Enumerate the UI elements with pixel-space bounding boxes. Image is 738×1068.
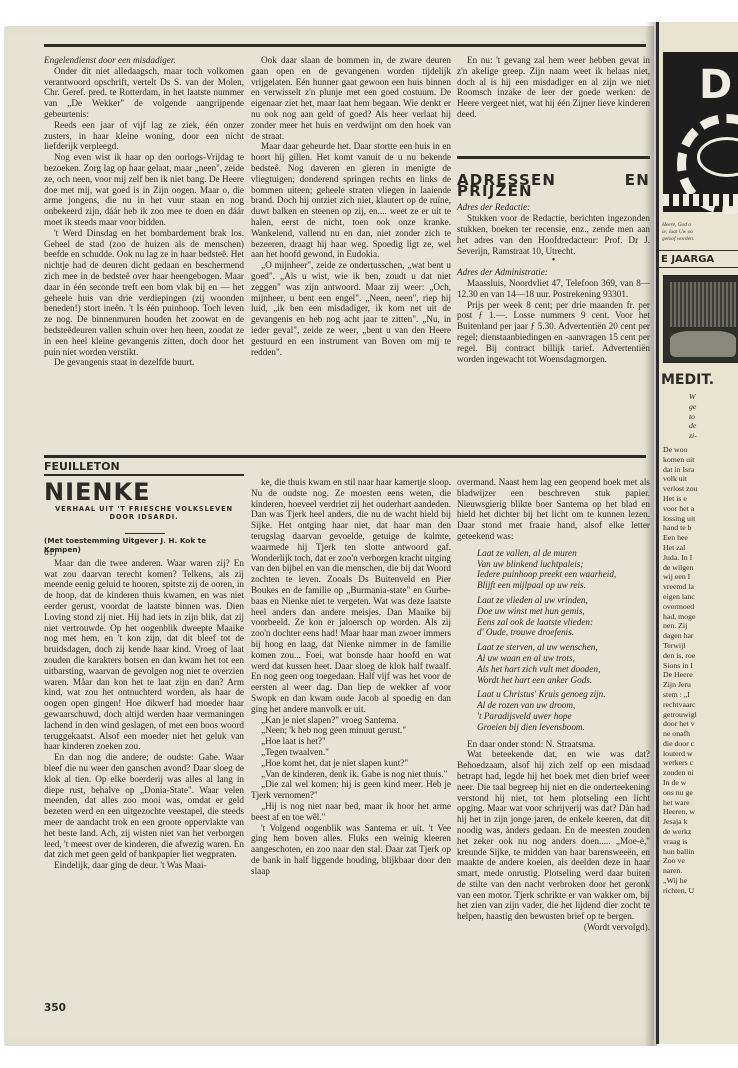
poem-line: Iedere puinhoop preekt een waarheid, [477,569,650,580]
adressen-title: ADRESSEN EN PRIJZEN [457,175,650,197]
installment-number: 61) [44,547,244,558]
feuilleton-subtitle: VERHAAL UIT 'T FRIESCHE VOLKSLEVEN DOOR … [44,505,244,521]
poem-line: 't Paradijsveld uwer hope [477,711,650,722]
meditation-title: MEDIT. [661,372,714,388]
feuilleton-paragraph: „Tegen twaalven." [251,747,451,758]
poem-line: Groeien bij dien levensboom. [477,722,650,733]
meditation-line: lossing uit [663,514,738,524]
feuilleton-paragraph: „Van de kinderen, denk ik. Gabe is nog n… [251,769,451,780]
feuilleton-paragraph: Maar dan die twee anderen. Waar waren zi… [44,558,244,752]
banner-caption: Heere, God o ie; laat Uw oo geloof worde… [662,222,738,243]
meditation-line: overmoed [663,602,738,612]
feuilleton-paragraph: „Hij is nog niet naar bed, maar ik hoor … [251,801,451,823]
meditation-line: In de w [663,778,738,788]
meditation-line: de wilgen [663,563,738,573]
feuilleton-paragraph: „Hoe komt het, dat je niet slapen kunt?" [251,758,451,769]
meditation-line: rechtvaarc [663,700,738,710]
meditation-line: den is, roe [663,651,738,661]
meditation-line: Terwijl [663,641,738,651]
meditation-line: Het zal [663,543,738,553]
article-paragraph: 't Werd Dinsdag en het bombardement brak… [44,228,244,358]
meditation-line: die door c [663,739,738,749]
meditation-line: De woo [663,445,738,455]
feuilleton-paragraph: 't Volgend oogenblik was Santema er uit.… [251,823,451,877]
poem-line: Al uw waan en al uw trots, [477,653,650,664]
meditation-line: het ware [663,798,738,808]
meditation-line: W [663,392,738,402]
meditation-line: richten, U [663,886,738,896]
meditation-line: Een hee [663,533,738,543]
feuilleton-title: NIENKE [44,478,151,506]
article-paragraph: De gevangenis staat in dezelfde buurt. [44,357,244,368]
meditation-line: hand te b [663,523,738,533]
feuilleton-paragraph: „Kan je niet slapen?" vroeg Santema. [251,715,451,726]
feuilleton-paragraph: ke, die thuis kwam en stil naar haar kam… [251,477,451,715]
poem-line: Blijft een mijlpaal op uw reis. [477,580,650,591]
feuilleton-column-2: ke, die thuis kwam en stil naar haar kam… [251,477,451,876]
meditation-line: Heeren, w [663,807,738,817]
continued-note: (Wordt vervolgd). [457,922,650,933]
adjacent-page: D Heere, God o ie; laat Uw oo geloof wor… [656,22,738,1044]
meditation-line: hun ballin [663,847,738,857]
meditation-line: verlost zou [663,484,738,494]
meditation-line: vreemd la [663,582,738,592]
meditation-line: de werkz [663,827,738,837]
meditation-line: Jesaja k [663,817,738,827]
poem-line: Laat u Christus' Kruis genoeg zijn. [477,689,650,700]
feuilleton-paragraph: En dan nog die andere; de oudste: Gabe. … [44,752,244,860]
poem-line: Al de rozen van uw droom, [477,700,650,711]
poem-stanza: Laat u Christus' Kruis genoeg zijn.Al de… [477,689,650,732]
meditation-line: De Heere [663,670,738,680]
top-rule [44,44,646,47]
meditation-line: wij een I [663,572,738,582]
meditation-line: ons nu ge [663,788,738,798]
meditation-line: ge [663,402,738,412]
meditation-line: zouden ni [663,768,738,778]
poem-line: Van uw blinkend luchtpaleis; [477,559,650,570]
poem-stanza: Laat ze vallen, al de murenVan uw blinke… [477,548,650,591]
article-kicker: Engelendienst door een misdadiger. [44,55,244,66]
article-column-3: En nu: 't gevang zal hem weer hebben gev… [457,55,650,364]
poem-line: Eens zal ook de laatste vlieden: [477,617,650,628]
poem-line: Laat ze vlieden al uw vrinden, [477,595,650,606]
meditation-line: Juda. In I [663,553,738,563]
feuilleton-column-3: overmand. Naast hem lag een geopend boek… [457,477,650,933]
banner-letter: D [699,62,732,108]
poem-line: Doe uw winst met hun gemis, [477,606,650,617]
administratie-text: Maassluis, Noordvliet 47, Telefoon 369, … [457,278,650,300]
meditation-line: Zijn Jeru [663,680,738,690]
meditation-line: to [663,412,738,422]
article-paragraph: Maar daar gebeurde het. Daar stortte een… [251,141,451,260]
meditation-line: naren. [663,866,738,876]
article-paragraph: Reeds een jaar of vijf lag ze ziek, één … [44,120,244,152]
poem-line: d' Oude, trouwe droefenis. [477,627,650,638]
article-paragraph: Nog even wist ik haar op den oorlogs-Vri… [44,152,244,228]
redactie-text: Stukken voor de Redactie, berichten inge… [457,213,650,256]
meditation-line: „Wij he [663,876,738,886]
meditation-line: Het is e [663,494,738,504]
article-column-2: Ook daar slaan de bommen in, de zware de… [251,55,451,357]
article-paragraph: Onder dit niet alledaagsch, maar toch vo… [44,66,244,120]
feuilleton-paragraph: „Hoe laat is het?" [251,736,451,747]
administratie-heading: Adres der Administratie: [457,267,650,278]
meditation-line: volk uit [663,474,738,484]
meditation-line: getrouwigl [663,710,738,720]
poem-stanza: Laat ze sterven, al uw wenschen,Al uw wa… [477,642,650,685]
meditation-line: louterd w [663,749,738,759]
feuilleton-paragraph: Wat beteekende dat, en wie was dat? Beho… [457,749,650,922]
meditation-line: Sions in I [663,661,738,671]
meditation-line: vraag is [663,837,738,847]
meditation-line: Zoo ve [663,856,738,866]
meditation-line: had, moge [663,612,738,622]
feuilleton-label: FEUILLETON [44,460,244,476]
meditation-line: stem : „I [663,690,738,700]
meditation-line: dat in Isra [663,465,738,475]
meditation-line: nen. Zij [663,621,738,631]
photo-image [663,275,738,363]
poem-line: Laat ze vallen, al de muren [477,548,650,559]
separator-dot: • [457,256,650,267]
meditation-line: dagen har [663,631,738,641]
feuilleton-paragraph: Eindelijk, daar ging de deur. 't Was Maa… [44,860,244,871]
redactie-heading: Adres der Redactie: [457,202,650,213]
poem-line: Wordt het hart een anker Gods. [477,675,650,686]
meditation-line: de [663,421,738,431]
prijzen-text: Prijs per week 8 cent; per drie maanden … [457,300,650,365]
subtitle-rule [125,533,165,534]
meditation-line: voor het a [663,504,738,514]
feuilleton-intro: overmand. Naast hem lag een geopend boek… [457,477,650,542]
meditation-line: komen uit [663,455,738,465]
article-paragraph: En nu: 't gevang zal hem weer hebben gev… [457,55,650,120]
page-number: 350 [44,1002,66,1014]
meditation-line: ne onafh [663,729,738,739]
meditation-line: werkers c [663,758,738,768]
jaargang-header: E JAARGA [659,250,738,268]
poem: Laat ze vallen, al de murenVan uw blinke… [477,548,650,733]
article-paragraph: Ook daar slaan de bommen in, de zware de… [251,55,451,141]
feuilleton-paragraph: „Neen; 'k heb nog geen minuut gerust." [251,725,451,736]
meditation-line: eigen lanc [663,592,738,602]
poem-line: Als het hart zich vult met dooden, [477,664,650,675]
banner-stripes [663,194,738,206]
adressen-rule [457,156,650,159]
meditation-line: zi- [663,431,738,441]
feuilleton-paragraph: „Die zal wel komen; hij is geen kind mee… [251,779,451,801]
feuilleton-column-1: 61) Maar dan die twee anderen. Waar ware… [44,547,244,871]
meditation-line: door het v [663,719,738,729]
meditation-text: Wgetodezi-De wookomen uitdat in Isravolk… [663,392,738,896]
section-divider [44,455,646,458]
poem-line: Laat ze sterven, al uw wenschen, [477,642,650,653]
article-paragraph: „O mijnheer", zeide ze ondertusschen, „w… [251,260,451,357]
feuilleton-paragraph: En daar onder stond: N. Straatsma. [457,739,650,750]
poem-stanza: Laat ze vlieden al uw vrinden,Doe uw win… [477,595,650,638]
article-column-1: Engelendienst door een misdadiger. Onder… [44,55,244,368]
